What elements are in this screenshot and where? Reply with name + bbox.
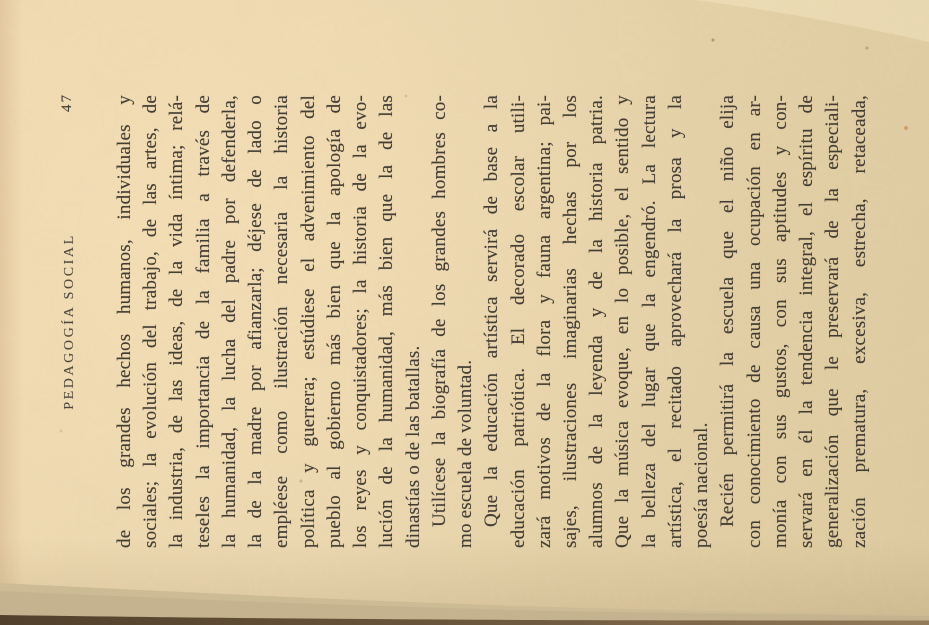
text-line-17: zará motivos de la flora y fauna argenti… [532,95,558,548]
text-line-14: mo escuela de voluntad. [453,95,479,548]
text-line-13: Utilícese la biografía de los grandes ho… [427,95,453,548]
text-line-3: la industria, de las ideas, de la vida í… [164,95,190,548]
text-line-5: la humanidad, la lucha del padre por def… [217,95,243,548]
page-number: 47 [59,93,76,112]
page-content: PEDAGOGÍA SOCIAL 47 de los grandes hecho… [62,95,873,548]
text-line-18: sajes, ilustraciones imaginarias hechas … [558,95,584,548]
text-line-26: monía con sus gustos, con sus aptitudes … [768,95,794,548]
running-header: PEDAGOGÍA SOCIAL 47 [62,95,88,548]
text-line-1: de los grandes hechos humanos, individua… [112,95,138,548]
text-line-22: artística, el recitado aprovechará la pr… [663,95,689,548]
text-line-21: la belleza del lugar que la engendró. La… [637,95,663,548]
running-header-title: PEDAGOGÍA SOCIAL [62,233,77,410]
text-line-19: alumnos de la leyenda y de la historia p… [584,95,610,548]
text-line-16: educación patriótica. El decorado escola… [506,95,532,548]
text-line-2: sociales; la evolución del trabajo, de l… [138,95,164,548]
rotated-page: PEDAGOGÍA SOCIAL 47 de los grandes hecho… [0,0,929,625]
text-line-8: política y guerrera; estúdiese el adveni… [296,95,322,548]
text-line-11: lución de la humanidad, más bien que la … [374,95,400,548]
text-line-9: pueblo al gobierno más bien que la apolo… [322,95,348,548]
text-line-4: teseles la importancia de la familia a t… [191,95,217,548]
text-line-23: poesía nacional. [689,95,715,548]
text-line-12: dinastías o de las batallas. [401,95,427,548]
text-line-15: Que la educación artística servirá de ba… [479,95,505,548]
text-line-25: con conocimiento de causa una ocupación … [742,95,768,548]
text-line-6: la de la madre por afianzarla; déjese de… [243,95,269,548]
scanned-book-page: PEDAGOGÍA SOCIAL 47 de los grandes hecho… [0,0,929,625]
text-line-20: Que la música evoque, en lo posible, el … [610,95,636,548]
text-line-27: servará en él la tendencia integral, el … [794,95,820,548]
body-text: de los grandes hechos humanos, individua… [112,95,873,548]
text-line-24: Recién permitirá la escuela que el niño … [715,95,741,548]
text-line-7: empléese como ilustración necesaria la h… [269,95,295,548]
text-line-28: generalización que le preservará de la e… [820,95,846,548]
text-line-10: los reyes y conquistadores; la historia … [348,95,374,548]
text-line-29: zación prematura, excesiva, estrecha, re… [847,95,873,548]
